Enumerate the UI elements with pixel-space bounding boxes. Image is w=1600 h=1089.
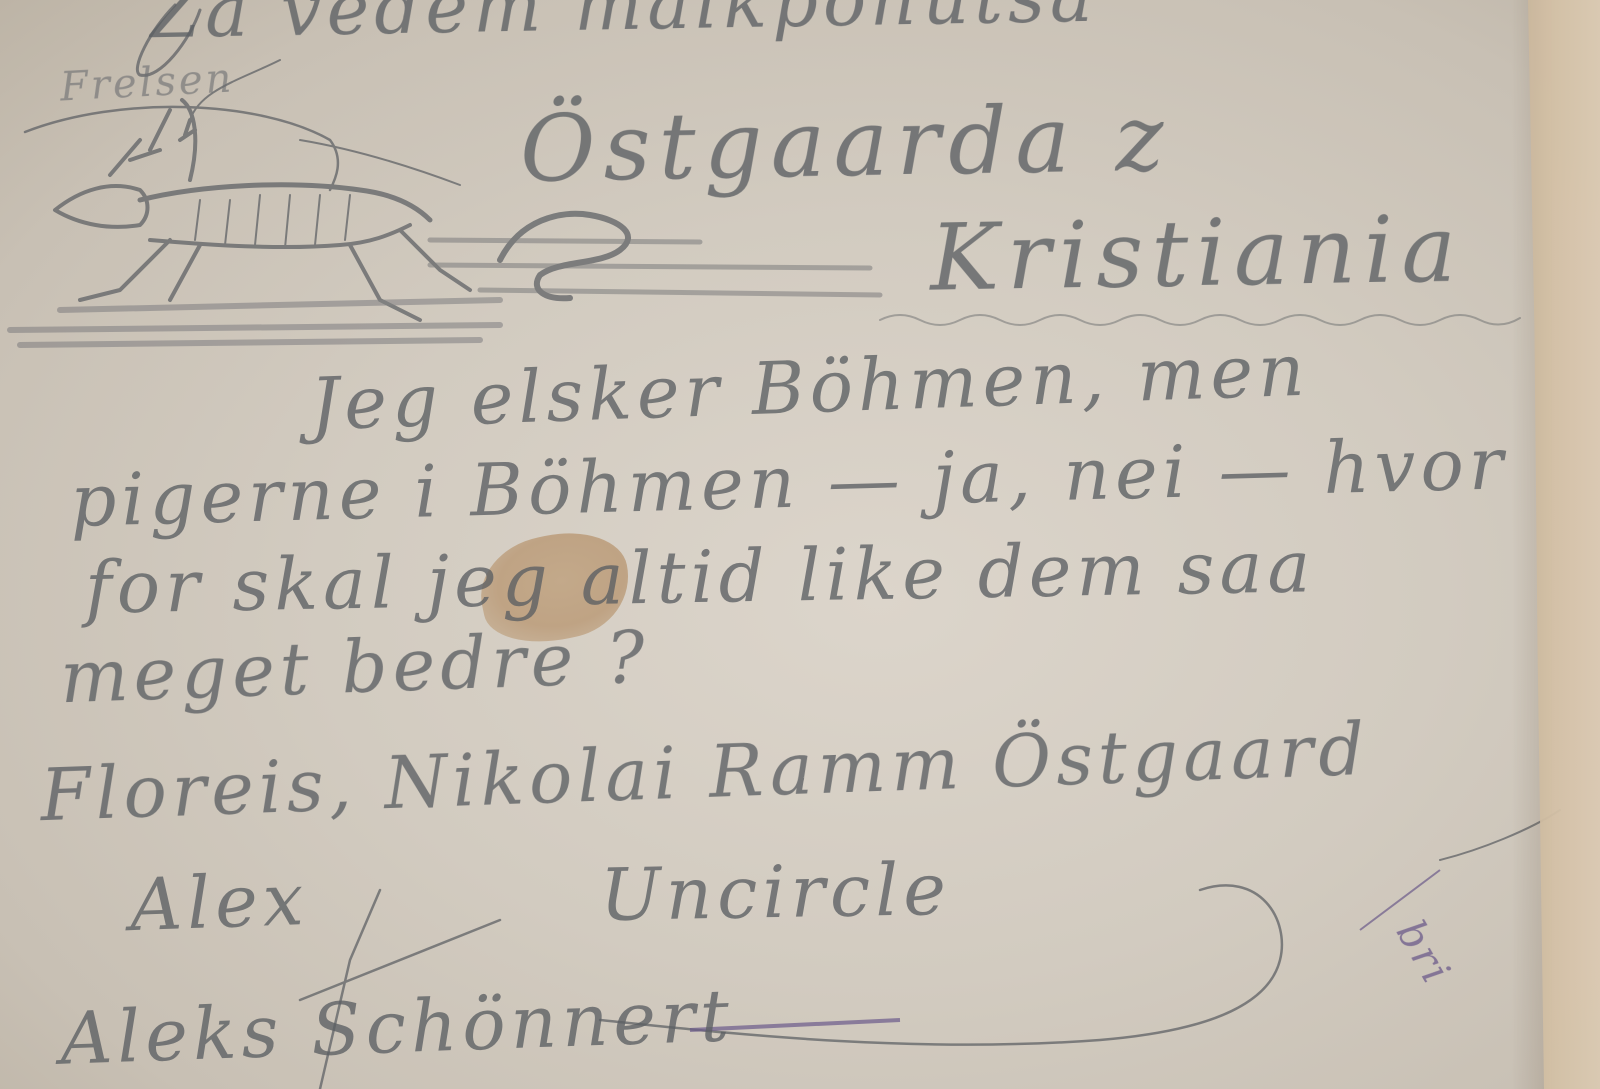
paper-page: Za vedem malkpohutsa Frelsen Östgaarda z… xyxy=(0,0,1600,1089)
lower-left-mark: Alex xyxy=(129,857,310,947)
left-small-note: Frelsen xyxy=(59,55,235,110)
heading-line-1: Östgaarda z xyxy=(519,84,1172,202)
heading-line-2: Kristiania xyxy=(929,195,1465,311)
lower-signature: Uncircle xyxy=(599,847,951,937)
